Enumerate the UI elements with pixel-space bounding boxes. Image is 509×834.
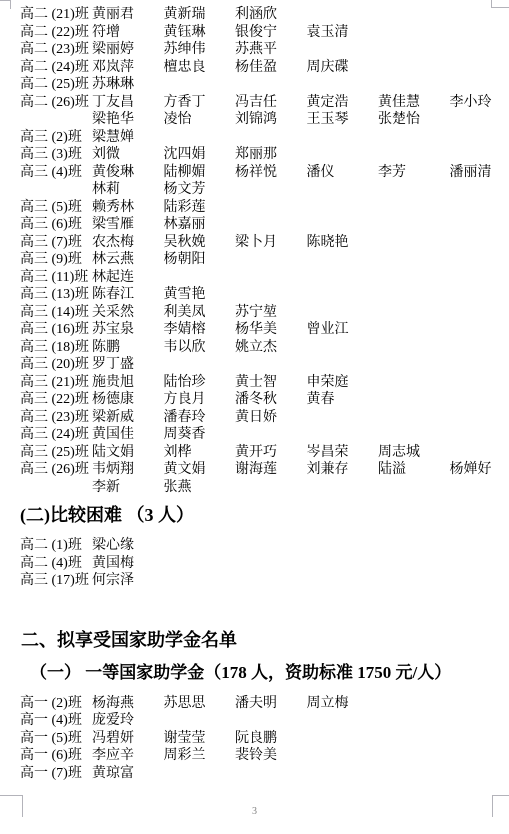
class-label: 高二 (26)班 bbox=[20, 94, 92, 112]
student-name: 冯吉任 bbox=[235, 94, 307, 112]
class-label: 高三 (5)班 bbox=[20, 199, 92, 217]
table-row: 高三 (16)班苏宝泉李婧榕杨华美曾业江 bbox=[0, 321, 509, 339]
student-name: 梁丽婷 bbox=[92, 41, 164, 59]
document-content: 高二 (21)班黄丽君黄新瑞利涵欣高二 (22)班符增黄钰琳银俊宁袁玉清高二 (… bbox=[0, 6, 509, 782]
student-name: 周庆碟 bbox=[307, 59, 379, 77]
student-name: 陈鹏 bbox=[92, 339, 164, 357]
student-name: 王玉琴 bbox=[307, 111, 379, 129]
student-name: 苏宝泉 bbox=[92, 321, 164, 339]
table-row: 高三 (4)班黄俊琳陆柳媚杨祥悦潘仪李芳潘丽清 bbox=[0, 164, 509, 182]
student-name: 苏琳琳 bbox=[92, 76, 164, 94]
class-label: 高三 (20)班 bbox=[20, 356, 92, 374]
table-row: 高三 (5)班赖秀林陆彩莲 bbox=[0, 199, 509, 217]
student-name: 陆溢 bbox=[378, 461, 450, 479]
student-name: 曾业江 bbox=[307, 321, 379, 339]
student-name: 邓岚萍 bbox=[92, 59, 164, 77]
student-name: 杨德康 bbox=[92, 391, 164, 409]
table-row: 高三 (6)班梁雪雁林嘉丽 bbox=[0, 216, 509, 234]
class-label: 高一 (6)班 bbox=[20, 747, 92, 765]
class-label bbox=[20, 111, 92, 129]
class-label: 高一 (7)班 bbox=[20, 765, 92, 783]
student-name: 陈晓艳 bbox=[307, 234, 379, 252]
table-row: 高二 (23)班梁丽婷苏绅伟苏燕平 bbox=[0, 41, 509, 59]
class-label: 高二 (25)班 bbox=[20, 76, 92, 94]
class-label: 高三 (14)班 bbox=[20, 304, 92, 322]
student-name: 杨朝阳 bbox=[164, 251, 236, 269]
student-name: 黄日娇 bbox=[235, 409, 307, 427]
table-row: 高三 (24)班黄国佳周葵香 bbox=[0, 426, 509, 444]
class-label: 高三 (9)班 bbox=[20, 251, 92, 269]
class-label: 高三 (18)班 bbox=[20, 339, 92, 357]
class-label: 高三 (26)班 bbox=[20, 461, 92, 479]
student-name: 潘仪 bbox=[307, 164, 379, 182]
student-name: 杨佳盈 bbox=[235, 59, 307, 77]
student-name: 庞爱玲 bbox=[92, 712, 164, 730]
student-name: 陆文娟 bbox=[92, 444, 164, 462]
class-label: 高三 (13)班 bbox=[20, 286, 92, 304]
student-name: 黄钰琳 bbox=[164, 24, 236, 42]
student-name: 林起连 bbox=[92, 269, 164, 287]
class-label bbox=[20, 181, 92, 199]
class-label: 高二 (21)班 bbox=[20, 6, 92, 24]
table-row: 高三 (13)班陈春江黄雪艳 bbox=[0, 286, 509, 304]
student-name: 梁心缘 bbox=[92, 537, 164, 555]
page-number: 3 bbox=[0, 806, 509, 817]
student-name: 苏思思 bbox=[164, 695, 236, 713]
student-name: 黄佳慧 bbox=[378, 94, 450, 112]
student-name: 岑昌荣 bbox=[307, 444, 379, 462]
class-label: 高三 (17)班 bbox=[20, 572, 92, 590]
class-label: 高一 (5)班 bbox=[20, 730, 92, 748]
student-name: 冯碧妍 bbox=[92, 730, 164, 748]
student-name: 刘兼存 bbox=[307, 461, 379, 479]
student-name: 黄士智 bbox=[235, 374, 307, 392]
table-row: 高二 (1)班梁心缘 bbox=[0, 537, 509, 555]
table-row: 高一 (2)班杨海燕苏思思潘夫明周立梅 bbox=[0, 695, 509, 713]
class-label: 高三 (7)班 bbox=[20, 234, 92, 252]
student-name: 关采然 bbox=[92, 304, 164, 322]
student-name: 林嘉丽 bbox=[164, 216, 236, 234]
class-label: 高三 (6)班 bbox=[20, 216, 92, 234]
class-label: 高三 (3)班 bbox=[20, 146, 92, 164]
student-name: 檀忠良 bbox=[164, 59, 236, 77]
student-name: 林云燕 bbox=[92, 251, 164, 269]
table-row: 高三 (22)班杨德康方良月潘冬秋黄春 bbox=[0, 391, 509, 409]
student-name: 潘春玲 bbox=[164, 409, 236, 427]
student-name: 梁雪雁 bbox=[92, 216, 164, 234]
student-name: 李婧榕 bbox=[164, 321, 236, 339]
student-name: 银俊宁 bbox=[235, 24, 307, 42]
student-name: 林莉 bbox=[92, 181, 164, 199]
table-row: 高三 (17)班何宗泽 bbox=[0, 572, 509, 590]
student-name: 黄定浩 bbox=[307, 94, 379, 112]
margin-crop-mark-bottom-left-horizontal bbox=[0, 795, 23, 796]
student-name: 梁慧婵 bbox=[92, 129, 164, 147]
student-name: 杨海燕 bbox=[92, 695, 164, 713]
class-label: 高二 (1)班 bbox=[20, 537, 92, 555]
student-name: 李芳 bbox=[378, 164, 450, 182]
table-row: 高二 (22)班符增黄钰琳银俊宁袁玉清 bbox=[0, 24, 509, 42]
table-row: 高三 (9)班林云燕杨朝阳 bbox=[0, 251, 509, 269]
student-name: 黄俊琳 bbox=[92, 164, 164, 182]
student-name: 周彩兰 bbox=[164, 747, 236, 765]
student-name: 方香丁 bbox=[164, 94, 236, 112]
table-row: 高二 (21)班黄丽君黄新瑞利涵欣 bbox=[0, 6, 509, 24]
student-name: 裴铃美 bbox=[235, 747, 307, 765]
table-row: 高三 (25)班陆文娟刘桦黄开巧岑昌荣周志城 bbox=[0, 444, 509, 462]
class-label: 高三 (4)班 bbox=[20, 164, 92, 182]
student-name: 梁卜月 bbox=[235, 234, 307, 252]
document-page: 高二 (21)班黄丽君黄新瑞利涵欣高二 (22)班符增黄钰琳银俊宁袁玉清高二 (… bbox=[0, 0, 509, 834]
student-name: 杨文芳 bbox=[164, 181, 236, 199]
table-row: 高一 (6)班李应辛周彩兰裴铃美 bbox=[0, 747, 509, 765]
student-name: 梁艳华 bbox=[92, 111, 164, 129]
class-label: 高三 (23)班 bbox=[20, 409, 92, 427]
table-row: 高一 (7)班黄琼富 bbox=[0, 765, 509, 783]
class-label: 高二 (24)班 bbox=[20, 59, 92, 77]
student-name: 刘桦 bbox=[164, 444, 236, 462]
student-name: 农杰梅 bbox=[92, 234, 164, 252]
student-name: 苏绅伟 bbox=[164, 41, 236, 59]
class-label: 高三 (2)班 bbox=[20, 129, 92, 147]
student-name: 黄国梅 bbox=[92, 555, 164, 573]
heading-first-class-grant: （一） 一等国家助学金（178 人，资助标准 1750 元/人） bbox=[0, 660, 509, 686]
student-name: 黄琼富 bbox=[92, 765, 164, 783]
table-row: 高三 (3)班刘微沈四娟郑丽那 bbox=[0, 146, 509, 164]
student-name: 施贵旭 bbox=[92, 374, 164, 392]
student-name: 赖秀林 bbox=[92, 199, 164, 217]
student-name: 申荣庭 bbox=[307, 374, 379, 392]
class-label: 高三 (22)班 bbox=[20, 391, 92, 409]
student-name: 苏燕平 bbox=[235, 41, 307, 59]
student-name: 刘微 bbox=[92, 146, 164, 164]
student-name: 周志城 bbox=[378, 444, 450, 462]
student-name: 利美凤 bbox=[164, 304, 236, 322]
student-name: 郑丽那 bbox=[235, 146, 307, 164]
table-row: 高三 (20)班罗丁盛 bbox=[0, 356, 509, 374]
student-name: 黄春 bbox=[307, 391, 379, 409]
student-name: 张燕 bbox=[164, 479, 236, 497]
student-name: 袁玉清 bbox=[307, 24, 379, 42]
class-label: 高三 (16)班 bbox=[20, 321, 92, 339]
student-name: 符增 bbox=[92, 24, 164, 42]
class-label: 高一 (4)班 bbox=[20, 712, 92, 730]
student-name: 李新 bbox=[92, 479, 164, 497]
student-name: 周葵香 bbox=[164, 426, 236, 444]
student-name: 陆柳媚 bbox=[164, 164, 236, 182]
table-row: 高三 (11)班林起连 bbox=[0, 269, 509, 287]
student-name: 吴秋娩 bbox=[164, 234, 236, 252]
special-difficulty-list: 高二 (21)班黄丽君黄新瑞利涵欣高二 (22)班符增黄钰琳银俊宁袁玉清高二 (… bbox=[0, 6, 509, 496]
table-row: 高三 (18)班陈鹏韦以欣姚立杰 bbox=[0, 339, 509, 357]
student-name: 谢海莲 bbox=[235, 461, 307, 479]
student-name: 黄雪艳 bbox=[164, 286, 236, 304]
table-row: 高三 (21)班施贵旭陆怡珍黄士智申荣庭 bbox=[0, 374, 509, 392]
heading-relative-difficulty: (二)比较困难 （3 人） bbox=[0, 503, 509, 527]
student-name: 杨华美 bbox=[235, 321, 307, 339]
table-row: 高一 (5)班冯碧妍谢莹莹阮良鹏 bbox=[0, 730, 509, 748]
student-name: 刘锦鸿 bbox=[235, 111, 307, 129]
student-name: 周立梅 bbox=[307, 695, 379, 713]
student-name: 方良月 bbox=[164, 391, 236, 409]
student-name: 利涵欣 bbox=[235, 6, 307, 24]
student-name: 杨婵好 bbox=[450, 461, 509, 479]
relative-difficulty-list: 高二 (1)班梁心缘高二 (4)班黄国梅高三 (17)班何宗泽 bbox=[0, 537, 509, 590]
student-name: 梁新威 bbox=[92, 409, 164, 427]
student-name: 韦以欣 bbox=[164, 339, 236, 357]
student-name: 陆怡珍 bbox=[164, 374, 236, 392]
student-name: 黄开巧 bbox=[235, 444, 307, 462]
student-name: 黄文娟 bbox=[164, 461, 236, 479]
student-name: 陈春江 bbox=[92, 286, 164, 304]
student-name: 潘丽清 bbox=[450, 164, 509, 182]
table-row: 高二 (24)班邓岚萍檀忠良杨佳盈周庆碟 bbox=[0, 59, 509, 77]
student-name: 陆彩莲 bbox=[164, 199, 236, 217]
student-name: 罗丁盛 bbox=[92, 356, 164, 374]
class-label: 高三 (25)班 bbox=[20, 444, 92, 462]
student-name: 李小玲 bbox=[450, 94, 509, 112]
heading-national-grant-list: 二、拟享受国家助学金名单 bbox=[0, 628, 509, 652]
table-row: 高三 (7)班农杰梅吴秋娩梁卜月陈晓艳 bbox=[0, 234, 509, 252]
table-row: 高一 (4)班庞爱玲 bbox=[0, 712, 509, 730]
student-name: 凌怡 bbox=[164, 111, 236, 129]
student-name: 丁友昌 bbox=[92, 94, 164, 112]
table-row: 高二 (4)班黄国梅 bbox=[0, 555, 509, 573]
student-name: 何宗泽 bbox=[92, 572, 164, 590]
student-name: 苏宁堃 bbox=[235, 304, 307, 322]
student-name: 潘夫明 bbox=[235, 695, 307, 713]
class-label: 高二 (22)班 bbox=[20, 24, 92, 42]
table-row: 高二 (26)班丁友昌方香丁冯吉任黄定浩黄佳慧李小玲 bbox=[0, 94, 509, 112]
student-name: 杨祥悦 bbox=[235, 164, 307, 182]
margin-crop-mark-bottom-right-horizontal bbox=[492, 795, 509, 796]
student-name: 阮良鹏 bbox=[235, 730, 307, 748]
student-name: 沈四娟 bbox=[164, 146, 236, 164]
class-label: 高二 (4)班 bbox=[20, 555, 92, 573]
student-name: 谢莹莹 bbox=[164, 730, 236, 748]
class-label: 高三 (21)班 bbox=[20, 374, 92, 392]
class-label: 高一 (2)班 bbox=[20, 695, 92, 713]
student-name: 黄新瑞 bbox=[164, 6, 236, 24]
table-row: 高三 (2)班梁慧婵 bbox=[0, 129, 509, 147]
class-label bbox=[20, 479, 92, 497]
table-row: 高三 (26)班韦炳翔黄文娟谢海莲刘兼存陆溢杨婵好 bbox=[0, 461, 509, 479]
table-row: 高二 (25)班苏琳琳 bbox=[0, 76, 509, 94]
table-row: 李新张燕 bbox=[0, 479, 509, 497]
student-name: 韦炳翔 bbox=[92, 461, 164, 479]
class-label: 高三 (11)班 bbox=[20, 269, 92, 287]
table-row: 梁艳华凌怡刘锦鸿王玉琴张楚怡 bbox=[0, 111, 509, 129]
student-name: 潘冬秋 bbox=[235, 391, 307, 409]
table-row: 高三 (23)班梁新威潘春玲黄日娇 bbox=[0, 409, 509, 427]
table-row: 林莉杨文芳 bbox=[0, 181, 509, 199]
student-name: 李应辛 bbox=[92, 747, 164, 765]
class-label: 高三 (24)班 bbox=[20, 426, 92, 444]
first-class-grant-list: 高一 (2)班杨海燕苏思思潘夫明周立梅高一 (4)班庞爱玲高一 (5)班冯碧妍谢… bbox=[0, 695, 509, 783]
class-label: 高二 (23)班 bbox=[20, 41, 92, 59]
student-name: 黄丽君 bbox=[92, 6, 164, 24]
student-name: 张楚怡 bbox=[378, 111, 450, 129]
student-name: 姚立杰 bbox=[235, 339, 307, 357]
table-row: 高三 (14)班关采然利美凤苏宁堃 bbox=[0, 304, 509, 322]
student-name: 黄国佳 bbox=[92, 426, 164, 444]
